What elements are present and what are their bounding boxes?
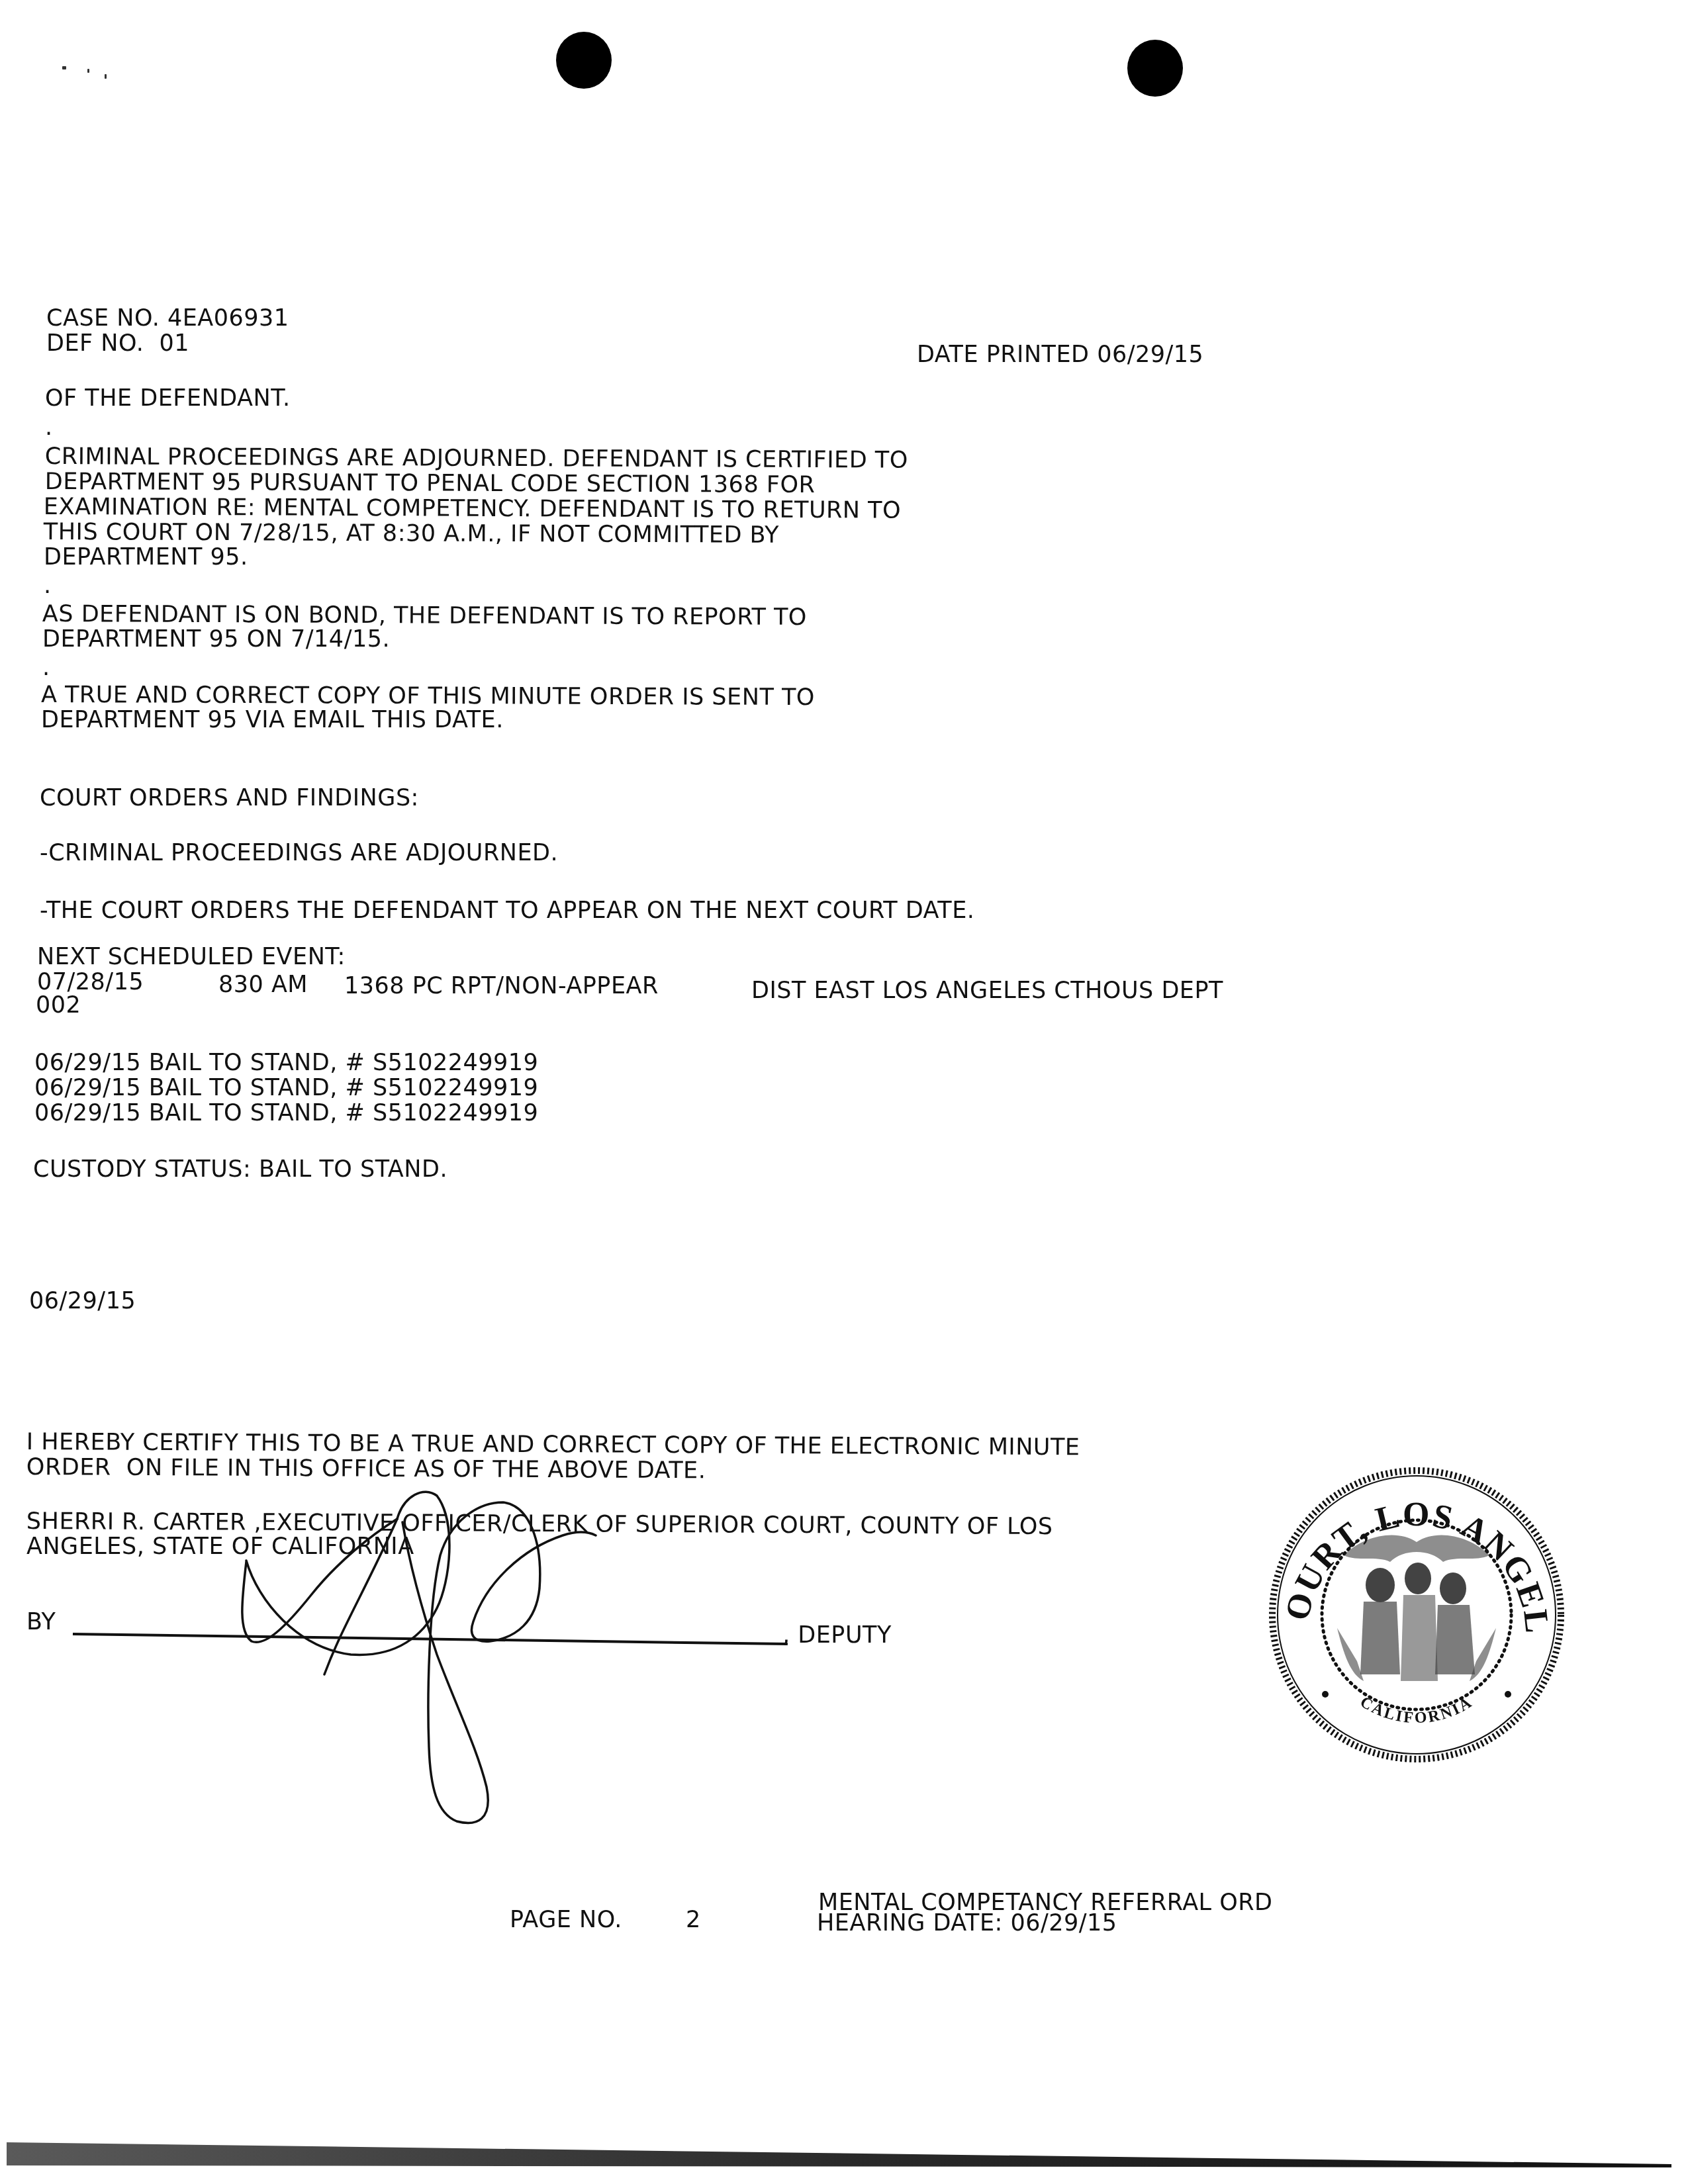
document-page: CASE NO. 4EA06931 DEF NO. 01 DATE PRINTE… xyxy=(0,0,1688,2184)
scan-edge-bar xyxy=(0,0,1688,2184)
